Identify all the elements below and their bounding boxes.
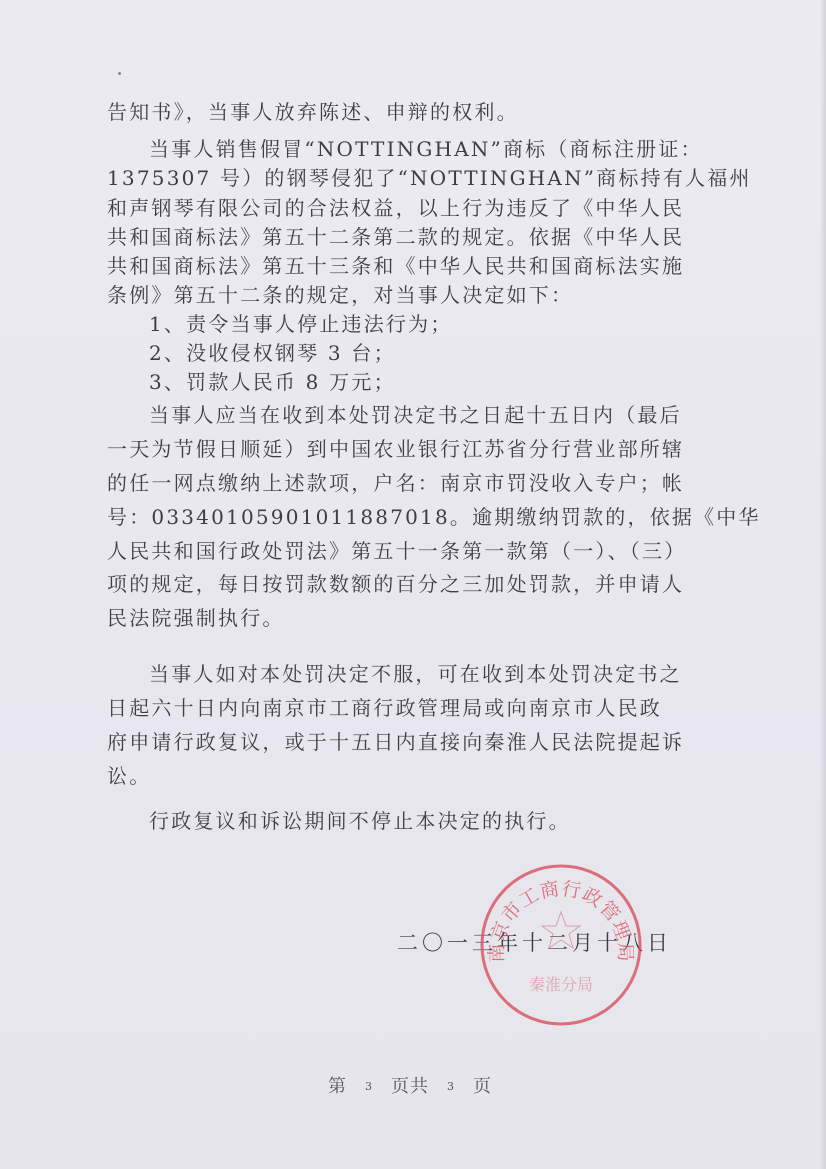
appeal-line-3: 府申请行政复议，或于十五日内直接向秦淮人民法院提起诉 (107, 730, 684, 754)
execution-note: 行政复议和诉讼期间不停止本决定的执行。 (149, 809, 571, 833)
violation-line-3: 和声钢琴有限公司的合法权益，以上行为违反了《中华人民 (107, 196, 684, 220)
payment-line-3: 的任一网点缴纳上述款项，户名：南京市罚没收入专户；帐 (107, 471, 684, 495)
decision-item-3: 3、罚款人民币 8 万元； (149, 370, 396, 394)
payment-line-5: 人民共和国行政处罚法》第五十一条第一款第（一）、（三） (107, 539, 686, 563)
seal-star-icon (542, 912, 580, 948)
footer-middle: 页共 (391, 1076, 429, 1097)
decision-item-1: 1、责令当事人停止违法行为； (149, 312, 453, 336)
violation-line-2: 1375307 号）的钢琴侵犯了“NOTTINGHAN”商标持有人福州 (107, 166, 752, 190)
payment-line-4: 号：03340105901011887018。逾期缴纳罚款的，依据《中华 (107, 505, 761, 529)
svg-text:南京市工商行政管理局: 南京市工商行政管理局 (486, 878, 636, 963)
payment-line-7: 民法院强制执行。 (107, 606, 285, 630)
appeal-line-2: 日起六十日内向南京市工商行政管理局或向南京市人民政 (107, 696, 662, 720)
payment-line-6: 项的规定，每日按罚款数额的百分之三加处罚款，并申请人 (107, 572, 684, 596)
seal-bottom-text: 秦淮分局 (529, 975, 593, 994)
payment-line-2: 一天为节假日顺延）到中国农业银行江苏省分行营业部所辖 (107, 437, 684, 461)
payment-line-1: 当事人应当在收到本处罚决定书之日起十五日内（最后 (149, 403, 682, 427)
violation-line-4: 共和国商标法》第五十二条第二款的规定。依据《中华人民 (107, 225, 684, 249)
document-page: 告知书》，当事人放弃陈述、申辩的权利。 当事人销售假冒“NOTTINGHAN”商… (0, 0, 826, 1169)
official-seal-icon: 南京市工商行政管理局 秦淮分局 (478, 862, 644, 1028)
violation-line-1: 当事人销售假冒“NOTTINGHAN”商标（商标注册证： (149, 137, 703, 161)
total-pages-number: 3 (447, 1080, 455, 1093)
footer-suffix: 页 (473, 1076, 492, 1097)
scan-edge (820, 0, 826, 1169)
scan-speck (118, 72, 121, 75)
violation-line-6: 条例》第五十二条的规定，对当事人决定如下： (107, 283, 573, 307)
appeal-line-1: 当事人如对本处罚决定不服，可在收到本处罚决定书之 (149, 662, 682, 686)
current-page-number: 3 (365, 1080, 373, 1093)
decision-item-2: 2、没收侵权钢琴 3 台； (149, 341, 396, 365)
footer-prefix: 第 (328, 1076, 347, 1097)
appeal-line-4: 讼。 (107, 764, 151, 788)
violation-line-5: 共和国商标法》第五十三条和《中华人民共和国商标法实施 (107, 254, 684, 278)
continued-text: 告知书》，当事人放弃陈述、申辩的权利。 (107, 100, 519, 124)
page-footer: 第3页共3页 (328, 1072, 492, 1098)
seal-arc-text: 南京市工商行政管理局 (486, 878, 636, 963)
